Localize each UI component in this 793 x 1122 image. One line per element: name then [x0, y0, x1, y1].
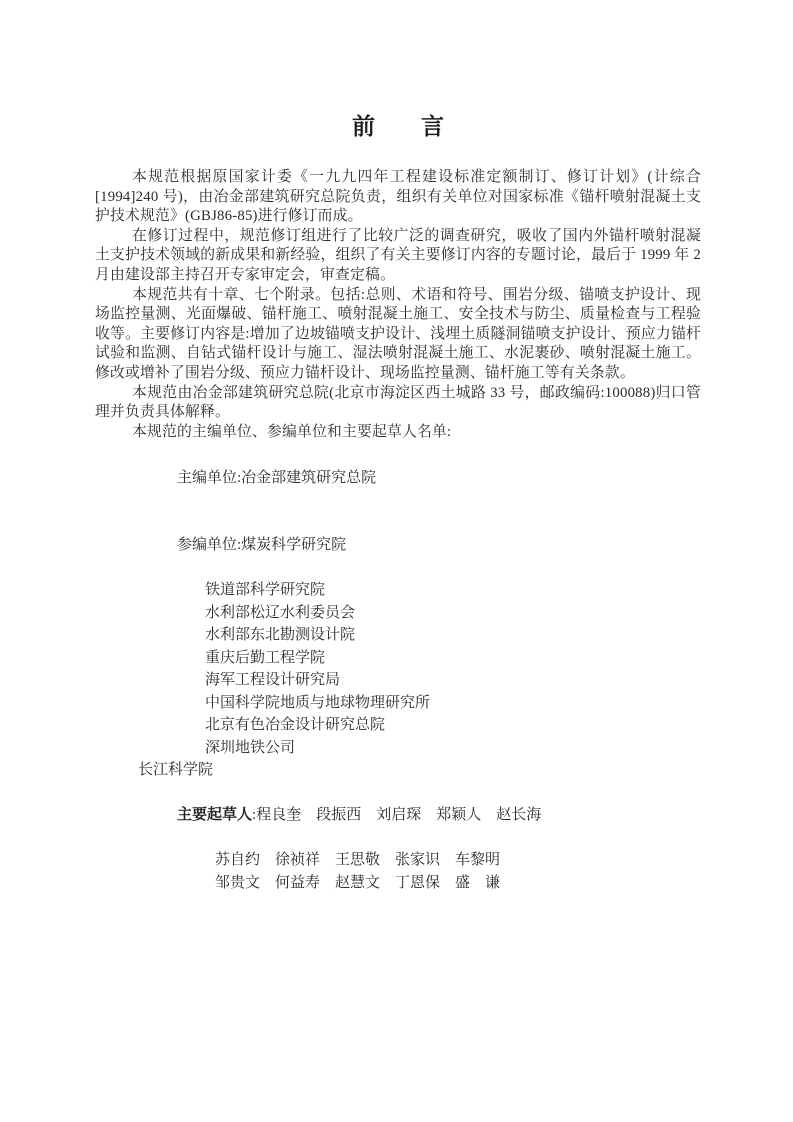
preface-paragraph-3: 本规范共有十章、七个附录。包括:总则、术语和符号、围岩分级、锚喷支护设计、现场监… — [95, 286, 701, 384]
page-title: 前 言 — [95, 113, 701, 140]
drafters-row: 程良奎 段振西 刘启琛 郑颖人 赵长海 — [256, 807, 541, 823]
co-editor-unit: 铁道部科学研究院 — [205, 579, 701, 602]
co-editor-unit: 深圳地铁公司 — [205, 737, 701, 760]
co-editor-unit: 中国科学院地质与地球物理研究所 — [205, 692, 701, 715]
drafters-line: 主要起草人:程良奎 段振西 刘启琛 郑颖人 赵长海 — [147, 782, 701, 850]
drafters-label: 主要起草人 — [177, 806, 252, 823]
chief-editor-line: 主编单位:冶金部建筑研究总院 — [147, 444, 701, 512]
drafters-row: 邹贵文 何益寿 赵慧文 丁恩保 盛 谦 — [215, 872, 701, 895]
drafters-row: 苏自约 徐祯祥 王思敬 张家识 车黎明 — [215, 849, 701, 872]
co-editors-line: 参编单位:煤炭科学研究院 — [147, 512, 701, 580]
co-editor-unit: 北京有色冶金设计研究总院 — [205, 714, 701, 737]
preface-paragraph-1: 本规范根据原国家计委《一九九四年工程建设标准定额制订、修订计划》(计综合[199… — [95, 168, 701, 227]
co-editor-unit-outdented: 长江科学院 — [138, 759, 701, 782]
co-editor-unit: 水利部松辽水利委员会 — [205, 602, 701, 625]
editing-units-list: 主编单位:冶金部建筑研究总院 参编单位:煤炭科学研究院 铁道部科学研究院 水利部… — [95, 444, 701, 894]
chief-editor-label: 主编单位: — [177, 470, 241, 486]
co-editor-unit: 煤炭科学研究院 — [241, 537, 346, 553]
preface-paragraph-5: 本规范的主编单位、参编单位和主要起草人名单: — [95, 423, 701, 443]
co-editor-unit: 海军工程设计研究局 — [205, 669, 701, 692]
document-page: 前 言 本规范根据原国家计委《一九九四年工程建设标准定额制订、修订计划》(计综合… — [0, 0, 793, 1122]
preface-paragraph-4: 本规范由冶金部建筑研究总院(北京市海淀区西土城路 33 号，邮政编码:10008… — [95, 384, 701, 423]
co-editor-unit: 重庆后勤工程学院 — [205, 647, 701, 670]
co-editor-unit: 水利部东北勘测设计院 — [205, 624, 701, 647]
page-content: 前 言 本规范根据原国家计委《一九九四年工程建设标准定额制订、修订计划》(计综合… — [95, 0, 701, 894]
co-editors-label: 参编单位: — [177, 537, 241, 553]
preface-paragraph-2: 在修订过程中，规范修订组进行了比较广泛的调查研究，吸收了国内外锚杆喷射混凝土支护… — [95, 227, 701, 286]
chief-editor-value: 冶金部建筑研究总院 — [241, 470, 376, 486]
